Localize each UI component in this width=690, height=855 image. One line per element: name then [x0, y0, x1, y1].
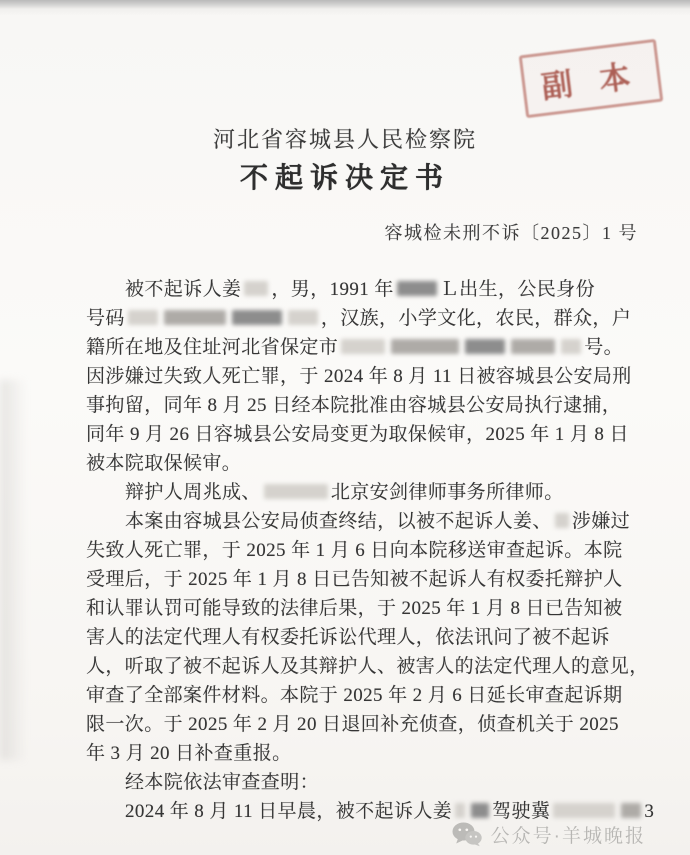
- text-line: 事拘留，同年 8 月 25 日经本院批准由容城县公安局执行逮捕，: [86, 391, 644, 420]
- text-segment: 涉嫌过: [572, 511, 630, 532]
- redaction-block: [264, 484, 328, 499]
- watermark: 公众号·羊城晚报: [452, 821, 646, 848]
- text-segment: 经本院依法审查查明：: [125, 772, 319, 793]
- text-segment: 失致人死亡罪，于 2025 年 1 月 6 日向本院移送审查起诉。本院: [86, 540, 623, 561]
- text-segment: 本案由容城县公安局侦查终结，以被不起诉人姜、: [125, 511, 552, 532]
- document-number: 容城检未刑不诉〔2025〕1 号: [0, 219, 690, 245]
- redaction-block: [471, 803, 489, 818]
- text-line: 经本院依法审查查明：: [86, 768, 644, 797]
- text-segment: 3: [644, 801, 654, 822]
- text-segment: 被本院取保候审。: [86, 453, 241, 474]
- wechat-icon: [452, 822, 482, 847]
- copy-stamp: 副本: [519, 39, 664, 118]
- redaction-block: [391, 339, 459, 354]
- issuing-authority-title: 河北省容城县人民检察院: [0, 123, 690, 154]
- redaction-block: [553, 803, 615, 818]
- text-segment: 年 3 月 20 日补查重报。: [86, 743, 292, 764]
- copy-stamp-label: 副本: [540, 56, 659, 105]
- text-segment: 同年 9 月 26 日容城县公安局变更为取保候审，2025 年 1 月 8 日: [86, 424, 629, 445]
- text-line: 失致人死亡罪，于 2025 年 1 月 6 日向本院移送审查起诉。本院: [86, 536, 644, 565]
- text-line: 本案由容城县公安局侦查终结，以被不起诉人姜、涉嫌过: [86, 507, 644, 536]
- text-segment: ，男，1991 年: [271, 279, 393, 300]
- document-title: 不起诉决定书: [0, 156, 690, 196]
- redaction-block: [244, 281, 268, 296]
- redaction-block: [465, 339, 505, 354]
- text-segment: 因涉嫌过失致人死亡罪，于 2024 年 8 月 11 日被容城县公安局刑: [86, 366, 632, 387]
- text-segment: 被不起诉人姜: [125, 279, 241, 300]
- text-line: 审查了全部案件材料。本院于 2025 年 2 月 6 日延长审查起诉期: [86, 681, 644, 710]
- text-segment: 号。: [584, 337, 623, 358]
- watermark-label: 公众号·羊城晚报: [491, 821, 646, 848]
- redaction-block: [128, 310, 158, 325]
- text-segment: 2024 年 8 月 11 日早晨，被不起诉人姜: [125, 801, 452, 822]
- text-segment: 和认罪认罚可能导致的法律后果，于 2025 年 1 月 8 日已告知被: [86, 598, 623, 619]
- text-segment: 辩护人周兆成、: [125, 482, 261, 503]
- text-segment: 限一次。于 2025 年 2 月 20 日退回补充侦查，侦查机关于 2025: [86, 714, 619, 735]
- redaction-block: [232, 310, 282, 325]
- text-segment: Ｌ出生，公民身份: [440, 279, 595, 300]
- text-segment: 受理后，于 2025 年 1 月 8 日已告知被不起诉人有权委托辩护人: [86, 569, 623, 590]
- document-body: 被不起诉人姜，男，1991 年Ｌ出生，公民身份号码，汉族，小学文化，农民，群众，…: [0, 275, 690, 826]
- text-line: 受理后，于 2025 年 1 月 8 日已告知被不起诉人有权委托辩护人: [86, 565, 644, 594]
- text-line: 被本院取保候审。: [86, 449, 644, 478]
- text-line: 号码，汉族，小学文化，农民，群众，户: [86, 304, 644, 333]
- text-line: 人，听取了被不起诉人及其辩护人、被害人的法定代理人的意见，: [86, 652, 644, 681]
- text-line: 因涉嫌过失致人死亡罪，于 2024 年 8 月 11 日被容城县公安局刑: [86, 362, 644, 391]
- text-segment: 号码: [86, 308, 125, 329]
- text-line: 年 3 月 20 日补查重报。: [86, 739, 644, 768]
- redaction-block: [455, 803, 465, 818]
- text-line: 辩护人周兆成、北京安剑律师事务所律师。: [86, 478, 644, 507]
- redaction-block: [561, 339, 581, 354]
- text-line: 同年 9 月 26 日容城县公安局变更为取保候审，2025 年 1 月 8 日: [86, 420, 644, 449]
- text-line: 被不起诉人姜，男，1991 年Ｌ出生，公民身份: [86, 275, 644, 304]
- scan-shadow: [0, 380, 26, 760]
- scanned-document-page: 副本 河北省容城县人民检察院 不起诉决定书 容城检未刑不诉〔2025〕1 号 被…: [0, 0, 690, 855]
- text-segment: 害人的法定代理人有权委托诉讼代理人，依法讯问了被不起诉: [86, 627, 610, 648]
- text-line: 和认罪认罚可能导致的法律后果，于 2025 年 1 月 8 日已告知被: [86, 594, 644, 623]
- redaction-block: [397, 281, 437, 296]
- redaction-block: [341, 339, 385, 354]
- redaction-block: [511, 339, 555, 354]
- text-segment: 人，听取了被不起诉人及其辩护人、被害人的法定代理人的意见，: [86, 656, 649, 677]
- text-segment: 籍所在地及住址河北省保定市: [86, 337, 338, 358]
- text-line: 籍所在地及住址河北省保定市号。: [86, 333, 644, 362]
- text-segment: ，汉族，小学文化，农民，群众，户: [321, 308, 631, 329]
- text-line: 限一次。于 2025 年 2 月 20 日退回补充侦查，侦查机关于 2025: [86, 710, 644, 739]
- redaction-block: [621, 803, 641, 818]
- redaction-block: [288, 310, 318, 325]
- redaction-block: [164, 310, 226, 325]
- photo-top-edge: [0, 0, 690, 9]
- text-segment: 审查了全部案件材料。本院于 2025 年 2 月 6 日延长审查起诉期: [86, 685, 623, 706]
- redaction-block: [555, 513, 569, 528]
- text-segment: 驾驶冀: [492, 801, 550, 822]
- text-segment: 北京安剑律师事务所律师。: [331, 482, 564, 503]
- text-segment: 事拘留，同年 8 月 25 日经本院批准由容城县公安局执行逮捕，: [86, 395, 621, 416]
- text-line: 害人的法定代理人有权委托诉讼代理人，依法讯问了被不起诉: [86, 623, 644, 652]
